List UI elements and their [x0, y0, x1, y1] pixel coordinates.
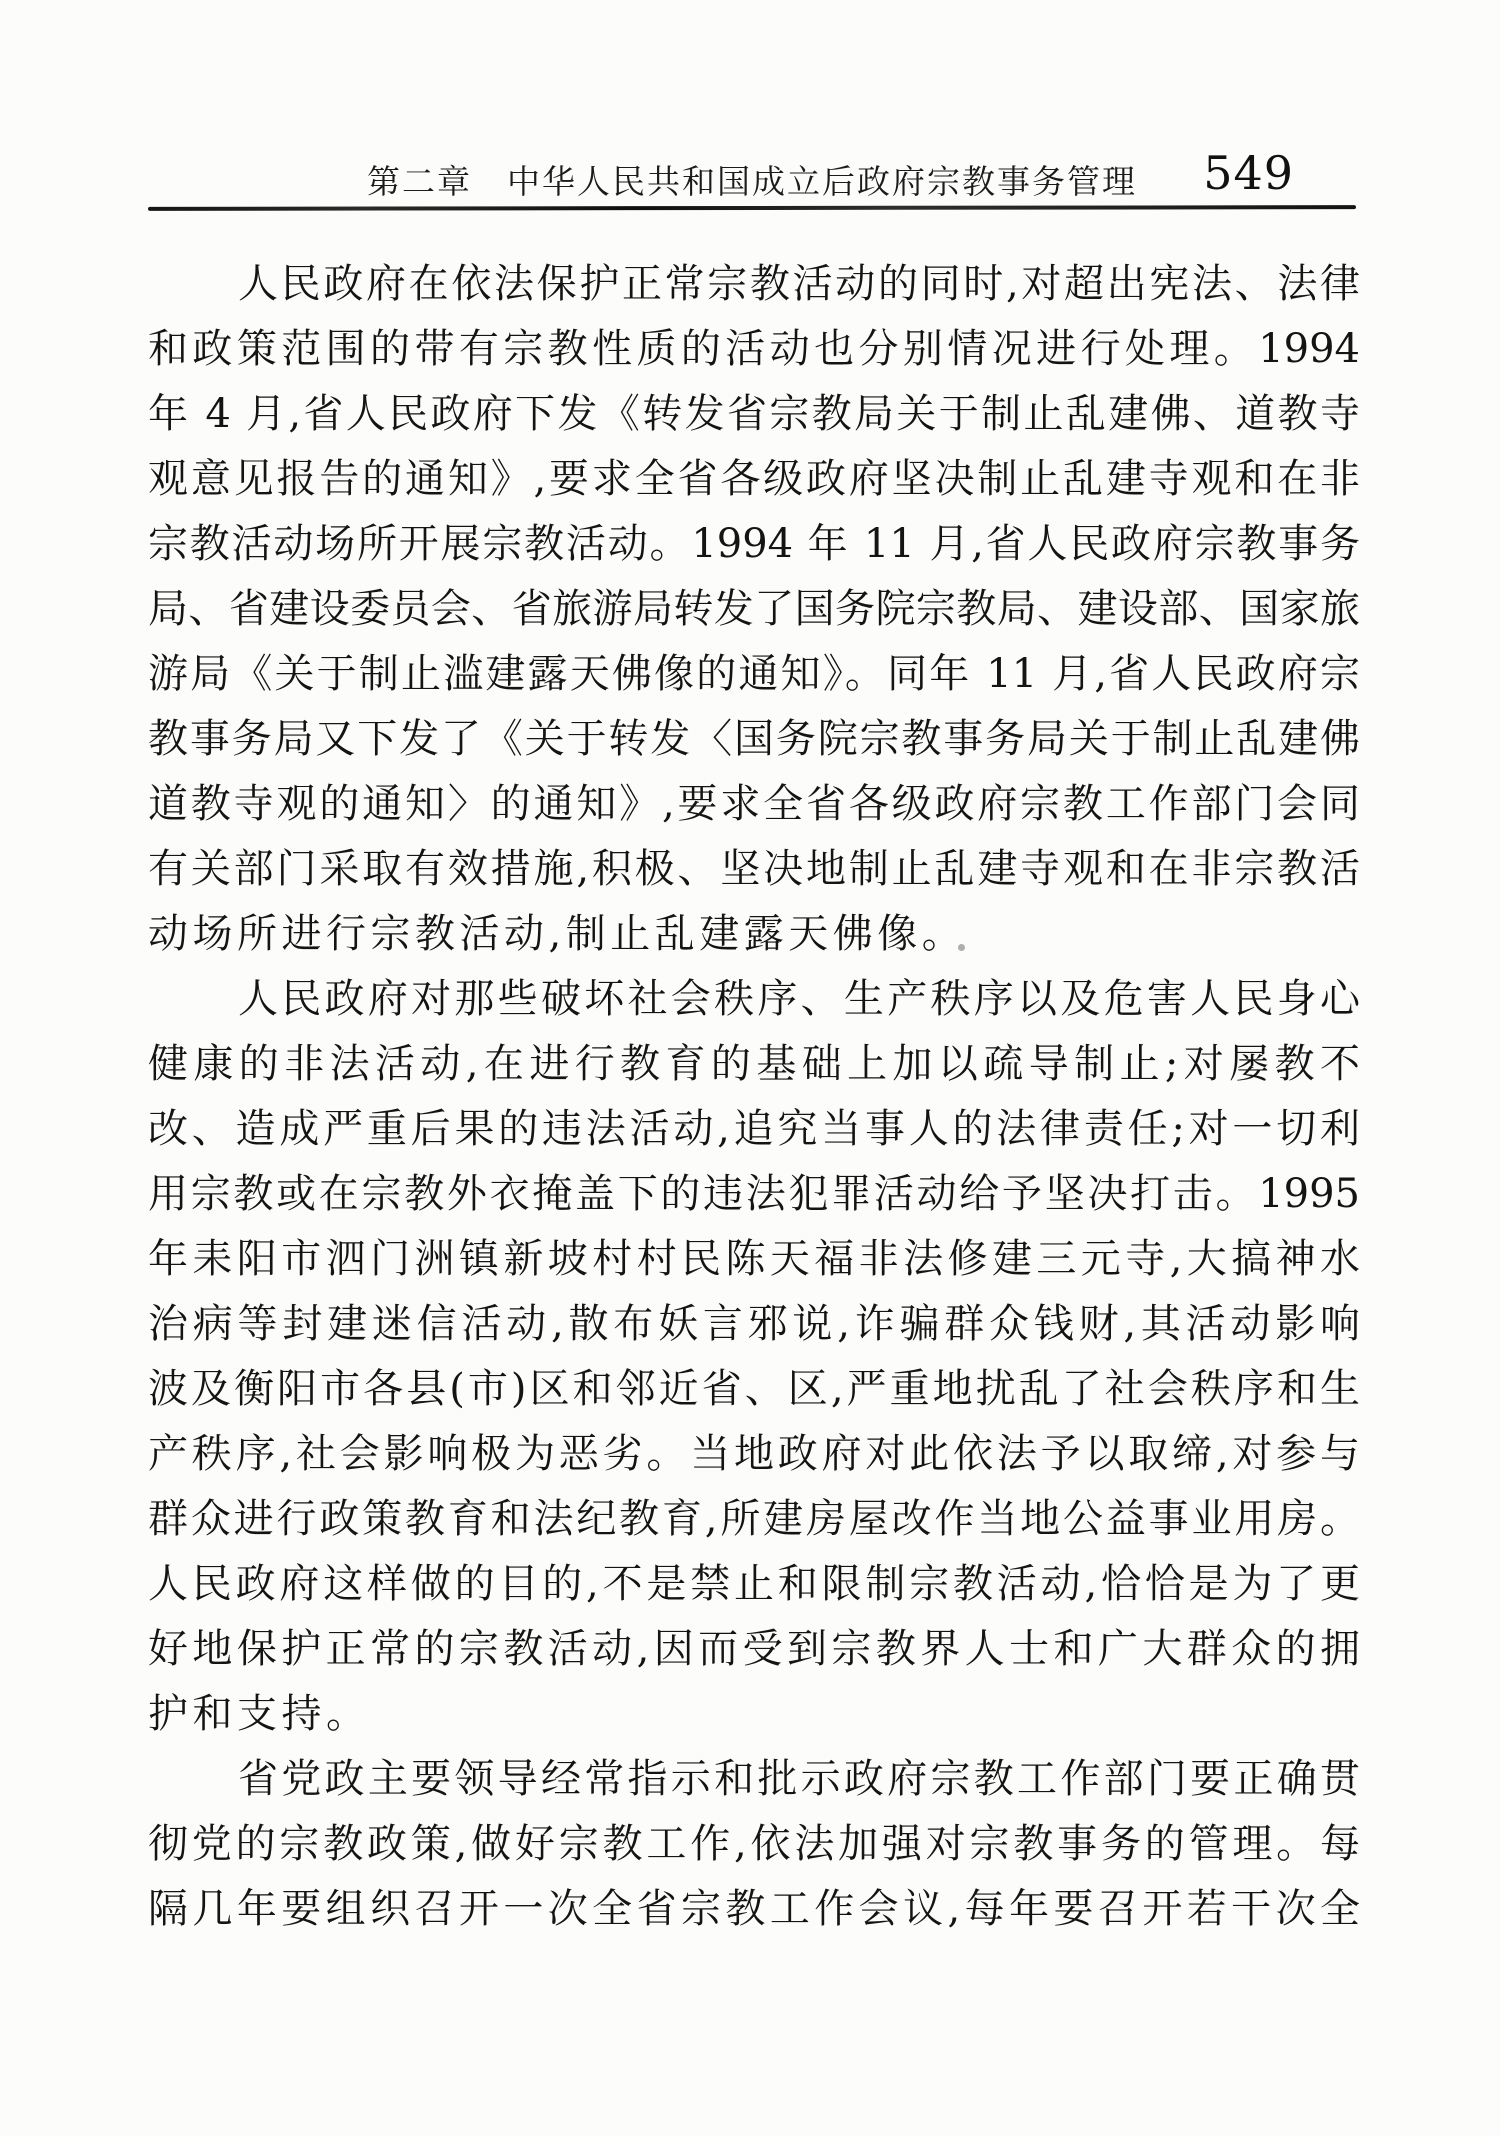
- text-line: 人民政府在依法保护正常宗教活动的同时,对超出宪法、法律: [148, 252, 1360, 317]
- book-page: 第二章 中华人民共和国成立后政府宗教事务管理 549 人民政府在依法保护正常宗教…: [0, 0, 1500, 2136]
- text-line: 教事务局又下发了《关于转发〈国务院宗教事务局关于制止乱建佛: [148, 707, 1360, 772]
- header-rule: [148, 205, 1356, 211]
- body-text: 人民政府在依法保护正常宗教活动的同时,对超出宪法、法律 和政策范围的带有宗教性质…: [148, 252, 1360, 1942]
- text-line: 好地保护正常的宗教活动,因而受到宗教界人士和广大群众的拥: [148, 1617, 1360, 1682]
- text-line: 产秩序,社会影响极为恶劣。当地政府对此依法予以取缔,对参与: [148, 1422, 1360, 1487]
- text-line: 群众进行政策教育和法纪教育,所建房屋改作当地公益事业用房。: [148, 1487, 1360, 1552]
- text-line: 有关部门采取有效措施,积极、坚决地制止乱建寺观和在非宗教活: [148, 837, 1360, 902]
- page-header: 第二章 中华人民共和国成立后政府宗教事务管理 549: [148, 150, 1356, 202]
- text-line: 局、省建设委员会、省旅游局转发了国务院宗教局、建设部、国家旅: [148, 577, 1360, 642]
- text-line: 年 4 月,省人民政府下发《转发省宗教局关于制止乱建佛、道教寺: [148, 382, 1360, 447]
- text-line: 人民政府这样做的目的,不是禁止和限制宗教活动,恰恰是为了更: [148, 1552, 1360, 1617]
- scan-artifact-dot: [958, 944, 965, 951]
- text-line: 动场所进行宗教活动,制止乱建露天佛像。: [148, 902, 1360, 967]
- paragraph: 省党政主要领导经常指示和批示政府宗教工作部门要正确贯 彻党的宗教政策,做好宗教工…: [148, 1747, 1360, 1942]
- text-line: 彻党的宗教政策,做好宗教工作,依法加强对宗教事务的管理。每: [148, 1812, 1360, 1877]
- text-line: 改、造成严重后果的违法活动,追究当事人的法律责任;对一切利: [148, 1097, 1360, 1162]
- text-line: 和政策范围的带有宗教性质的活动也分别情况进行处理。1994: [148, 317, 1360, 382]
- text-line: 省党政主要领导经常指示和批示政府宗教工作部门要正确贯: [148, 1747, 1360, 1812]
- text-line: 隔几年要组织召开一次全省宗教工作会议,每年要召开若干次全: [148, 1877, 1360, 1942]
- paragraph: 人民政府对那些破坏社会秩序、生产秩序以及危害人民身心 健康的非法活动,在进行教育…: [148, 967, 1360, 1747]
- text-line: 护和支持。: [148, 1682, 1360, 1747]
- text-line: 观意见报告的通知》,要求全省各级政府坚决制止乱建寺观和在非: [148, 447, 1360, 512]
- paragraph: 人民政府在依法保护正常宗教活动的同时,对超出宪法、法律 和政策范围的带有宗教性质…: [148, 252, 1360, 967]
- text-line: 年耒阳市泗门洲镇新坡村村民陈天福非法修建三元寺,大搞神水: [148, 1227, 1360, 1292]
- text-line: 宗教活动场所开展宗教活动。1994 年 11 月,省人民政府宗教事务: [148, 512, 1360, 577]
- text-line: 用宗教或在宗教外衣掩盖下的违法犯罪活动给予坚决打击。1995: [148, 1162, 1360, 1227]
- text-line: 人民政府对那些破坏社会秩序、生产秩序以及危害人民身心: [148, 967, 1360, 1032]
- text-line: 治病等封建迷信活动,散布妖言邪说,诈骗群众钱财,其活动影响: [148, 1292, 1360, 1357]
- text-line: 道教寺观的通知〉的通知》,要求全省各级政府宗教工作部门会同: [148, 772, 1360, 837]
- page-number: 549: [1203, 146, 1294, 200]
- text-line: 游局《关于制止滥建露天佛像的通知》。同年 11 月,省人民政府宗: [148, 642, 1360, 707]
- running-head: 第二章 中华人民共和国成立后政府宗教事务管理: [148, 156, 1356, 203]
- text-line: 波及衡阳市各县(市)区和邻近省、区,严重地扰乱了社会秩序和生: [148, 1357, 1360, 1422]
- text-line: 健康的非法活动,在进行教育的基础上加以疏导制止;对屡教不: [148, 1032, 1360, 1097]
